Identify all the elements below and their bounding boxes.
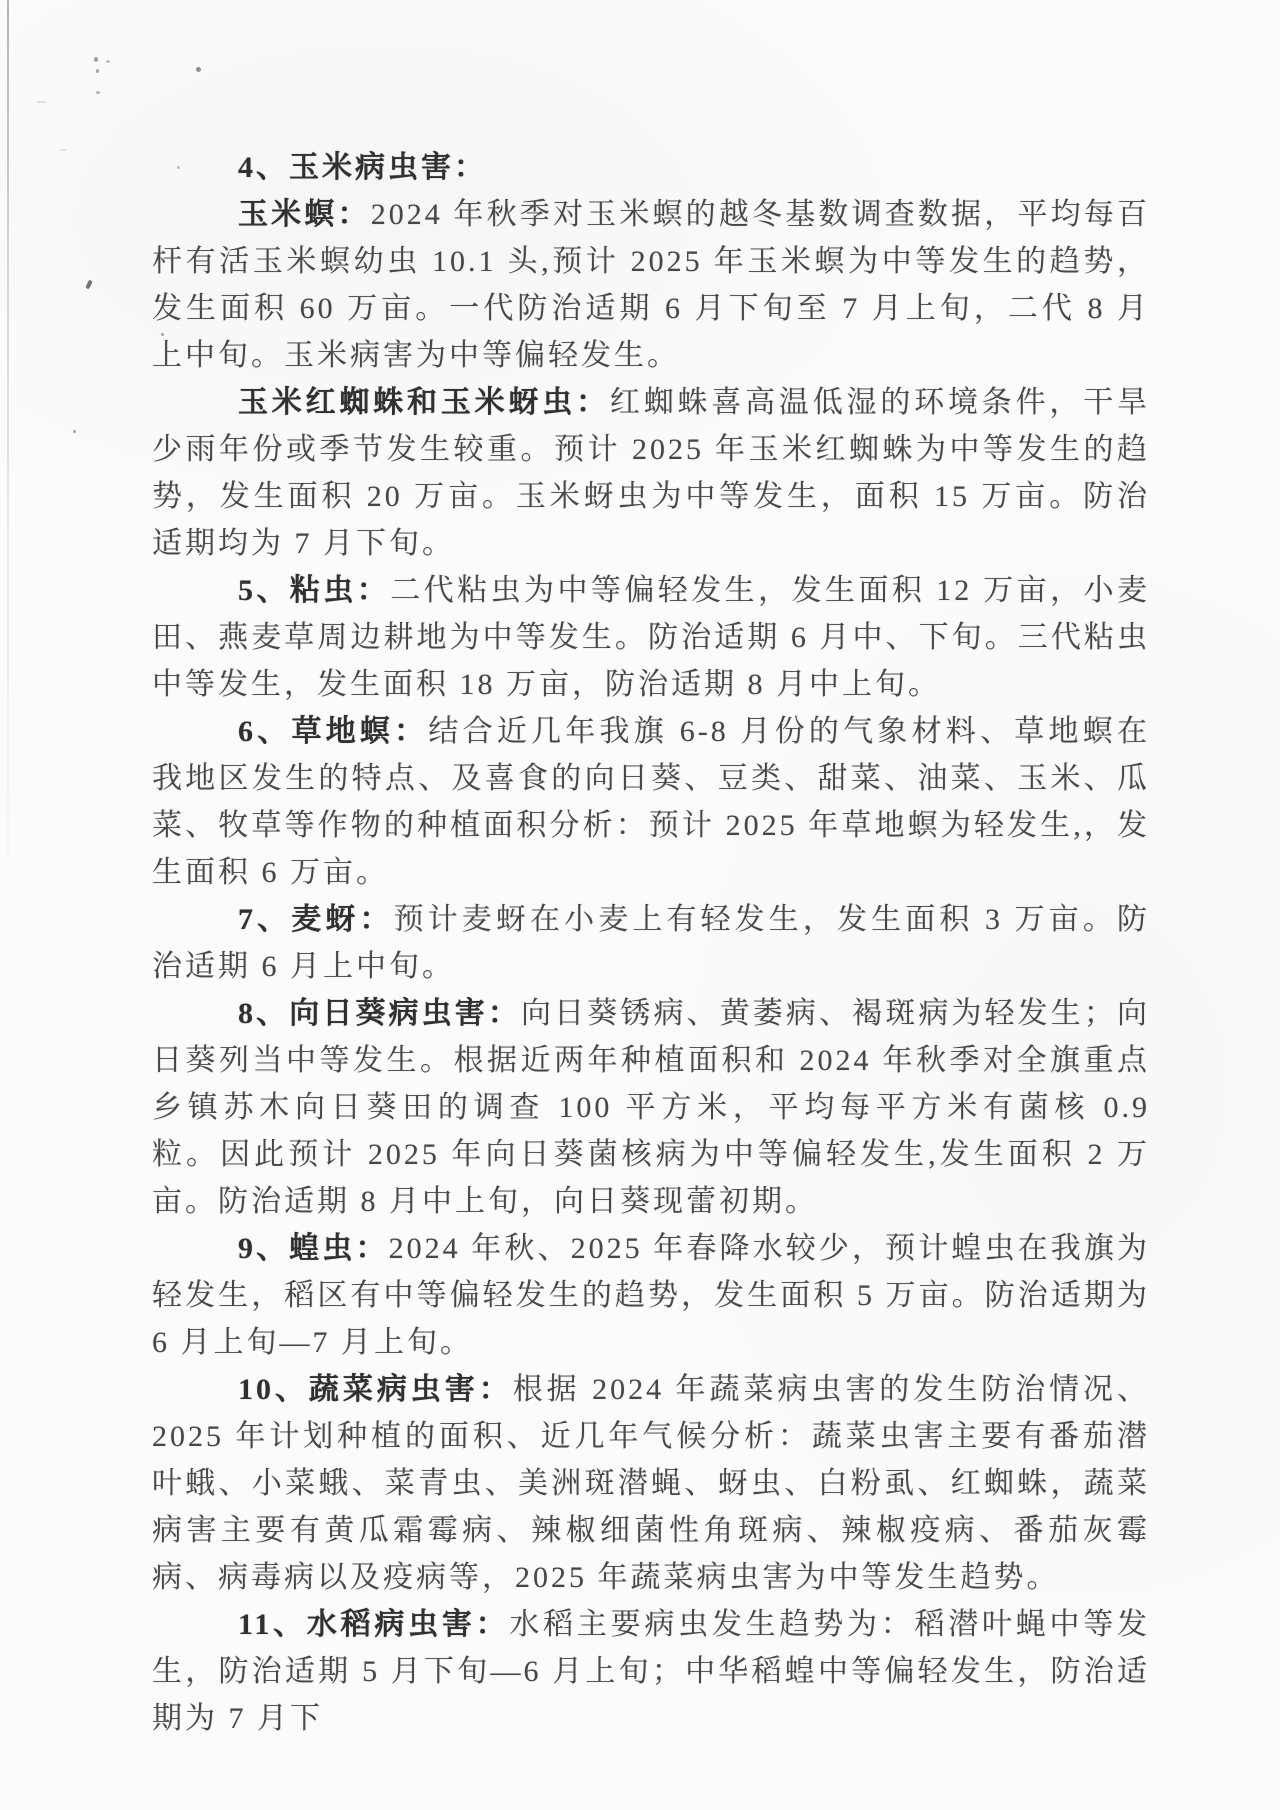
document-body: 4、玉米病虫害：玉米螟：2024 年秋季对玉米螟的越冬基数调查数据，平均每百杆有… [152, 144, 1150, 1742]
section-heading-corn-pests: 4、玉米病虫害： [152, 144, 1150, 191]
scan-speck [96, 69, 99, 73]
para-meadow-moth: 6、草地螟：结合近几年我旗 6-8 月份的气象材料、草地螟在我地区发生的特点、及… [152, 708, 1150, 896]
para-wheat-aphid: 7、麦蚜：预计麦蚜在小麦上有轻发生，发生面积 3 万亩。防治适期 6 月上中旬。 [152, 896, 1150, 990]
scan-speck [177, 166, 180, 169]
section-label: 4、玉米病虫害： [238, 151, 487, 184]
section-label: 6、草地螟： [238, 715, 428, 748]
section-body-text: 根据 2024 年蔬菜病虫害的发生防治情况、2025 年计划种植的面积、近几年气… [152, 1373, 1150, 1594]
scan-speck [94, 57, 98, 62]
section-label: 7、麦蚜： [238, 903, 394, 936]
para-rice-pests: 11、水稻病虫害：水稻主要病虫发生趋势为：稻潜叶蝇中等发生，防治适期 5 月下旬… [152, 1601, 1150, 1742]
para-vegetable-pests: 10、蔬菜病虫害：根据 2024 年蔬菜病虫害的发生防治情况、2025 年计划种… [152, 1366, 1150, 1601]
scan-speck [73, 430, 76, 433]
para-armyworm: 5、粘虫：二代粘虫为中等偏轻发生，发生面积 12 万亩，小麦田、燕麦草周边耕地为… [152, 567, 1150, 708]
para-locust: 9、蝗虫：2024 年秋、2025 年春降水较少，预计蝗虫在我旗为轻发生，稻区有… [152, 1225, 1150, 1366]
section-label: 玉米螟： [238, 198, 371, 231]
section-label: 9、蝗虫： [238, 1232, 389, 1265]
scan-speck [106, 60, 110, 63]
scan-speck [36, 101, 47, 103]
scanned-page: 4、玉米病虫害：玉米螟：2024 年秋季对玉米螟的越冬基数调查数据，平均每百杆有… [0, 0, 1280, 1810]
scan-speck [85, 280, 92, 290]
para-corn-borer: 玉米螟：2024 年秋季对玉米螟的越冬基数调查数据，平均每百杆有活玉米螟幼虫 1… [152, 191, 1150, 379]
section-label: 玉米红蜘蛛和玉米蚜虫： [238, 386, 610, 419]
scan-speck [196, 67, 201, 72]
scan-speck [96, 91, 100, 94]
scanner-edge-line [7, 0, 9, 950]
section-label: 8、向日葵病虫害： [238, 997, 521, 1030]
scan-speck [161, 333, 164, 336]
section-label: 5、粘虫： [238, 574, 390, 607]
section-body-text: 向日葵锈病、黄萎病、褐斑病为轻发生；向日葵列当中等发生。根据近两年种植面积和 2… [152, 997, 1150, 1218]
section-label: 11、水稻病虫害： [238, 1608, 509, 1641]
para-sunflower-pests: 8、向日葵病虫害：向日葵锈病、黄萎病、褐斑病为轻发生；向日葵列当中等发生。根据近… [152, 990, 1150, 1225]
scan-speck [700, 297, 704, 299]
scan-speck [59, 149, 67, 151]
para-corn-spider-mite-and-aphid: 玉米红蜘蛛和玉米蚜虫：红蜘蛛喜高温低湿的环境条件，干旱少雨年份或季节发生较重。预… [152, 379, 1150, 567]
section-label: 10、蔬菜病虫害： [238, 1373, 513, 1406]
